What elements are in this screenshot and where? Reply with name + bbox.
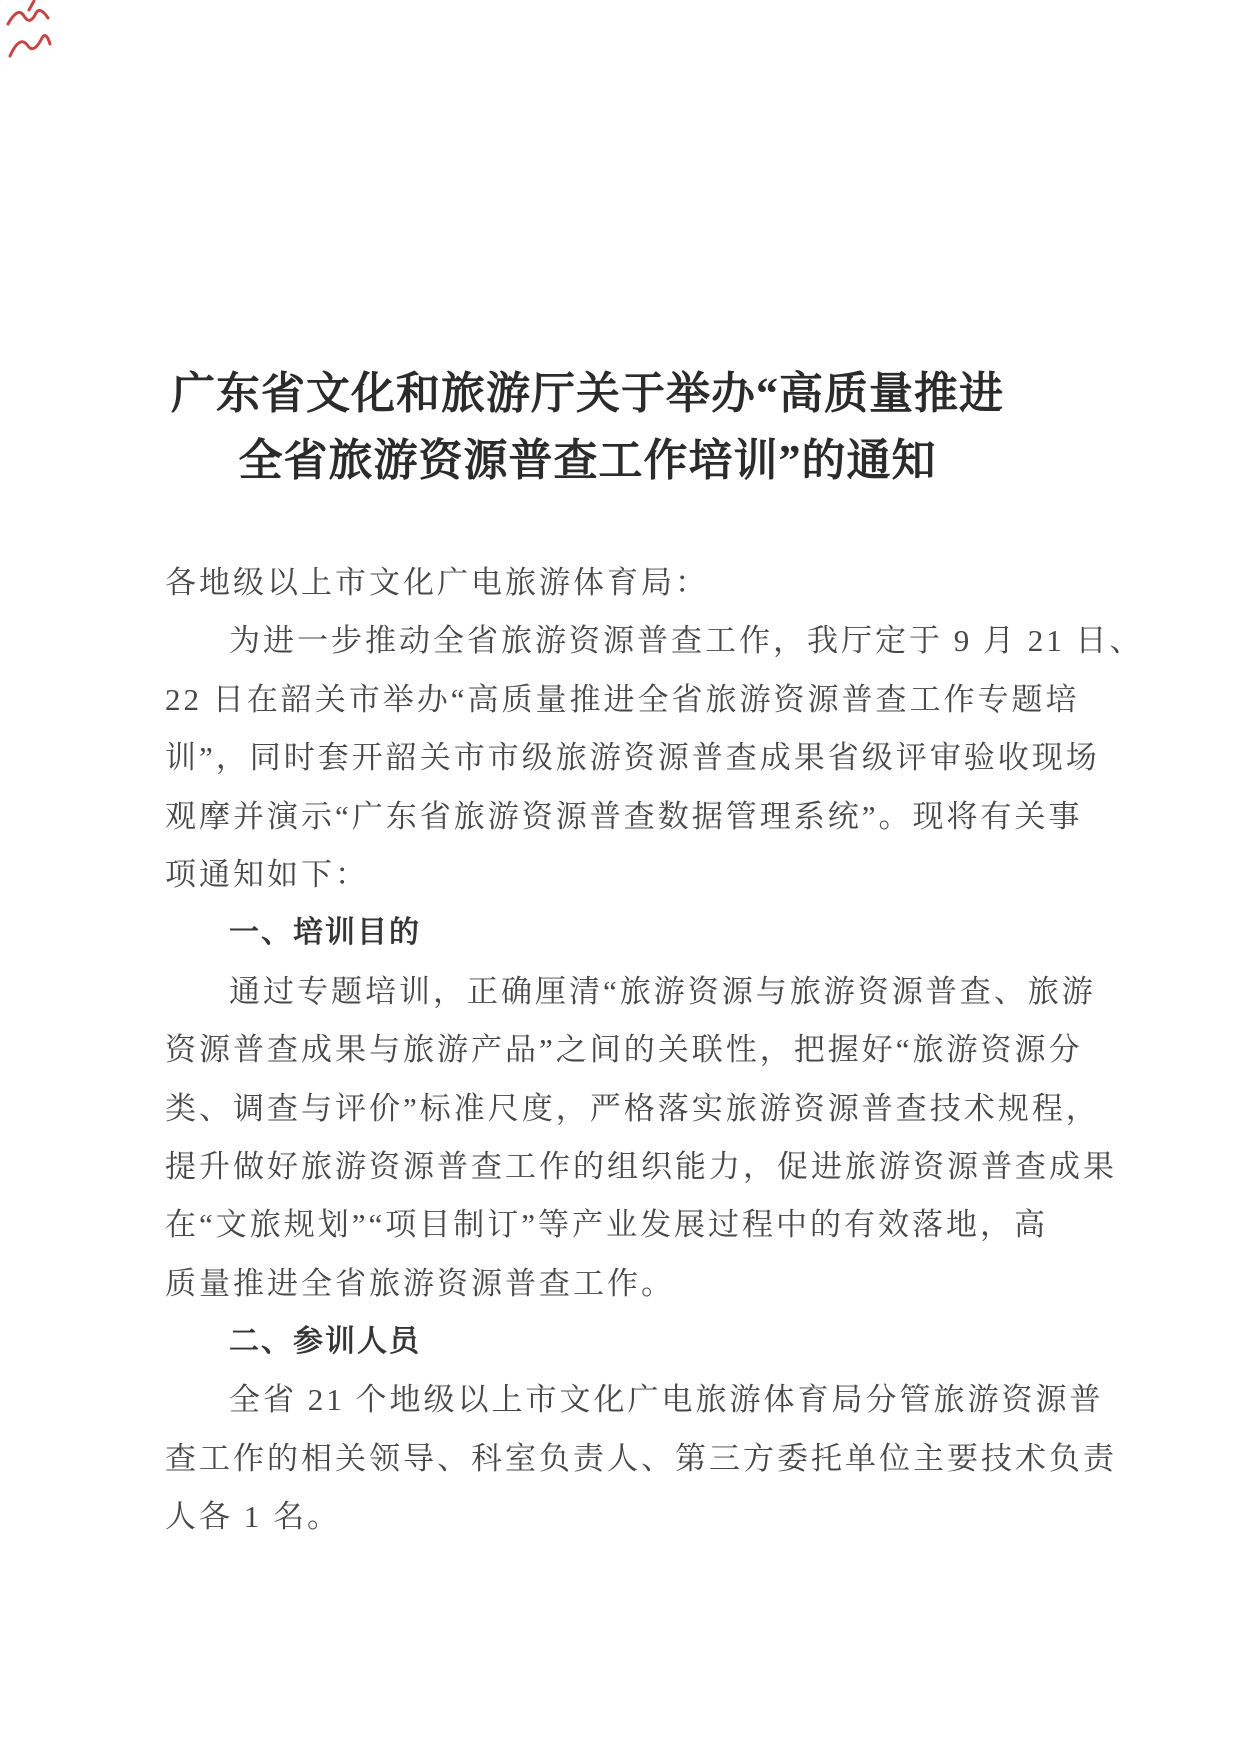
- body-line: 质量推进全省旅游资源普查工作。: [165, 1255, 1110, 1313]
- red-pen-mark: [4, 0, 56, 70]
- section1-heading: 一、培训目的: [165, 904, 1110, 962]
- body-line: 观摩并演示“广东省旅游资源普查数据管理系统”。现将有关事: [165, 788, 1110, 846]
- body-line: 提升做好旅游资源普查工作的组织能力，促进旅游资源普查成果: [165, 1138, 1110, 1196]
- document-page: 广东省文化和旅游厅关于举办“高质量推进 全省旅游资源普查工作培训”的通知 各地级…: [0, 0, 1241, 1755]
- document-title: 广东省文化和旅游厅关于举办“高质量推进 全省旅游资源普查工作培训”的通知: [165, 360, 1010, 494]
- body-line: 在“文旅规划”“项目制订”等产业发展过程中的有效落地，高: [165, 1196, 1110, 1254]
- document-title-line2: 全省旅游资源普查工作培训”的通知: [165, 427, 1010, 494]
- body-line: 资源普查成果与旅游产品”之间的关联性，把握好“旅游资源分: [165, 1021, 1110, 1079]
- body-line: 全省 21 个地级以上市文化广电旅游体育局分管旅游资源普: [165, 1371, 1110, 1429]
- body-line: 通过专题培训，正确厘清“旅游资源与旅游资源普查、旅游: [165, 963, 1110, 1021]
- salutation: 各地级以上市文化广电旅游体育局：: [165, 554, 1110, 612]
- body-line: 为进一步推动全省旅游资源普查工作，我厅定于 9 月 21 日、: [165, 612, 1110, 670]
- body-line: 类、调查与评价”标准尺度，严格落实旅游资源普查技术规程，: [165, 1080, 1110, 1138]
- section2-heading: 二、参训人员: [165, 1313, 1110, 1371]
- body-line: 训”，同时套开韶关市市级旅游资源普查成果省级评审验收现场: [165, 729, 1110, 787]
- document-body: 各地级以上市文化广电旅游体育局： 为进一步推动全省旅游资源普查工作，我厅定于 9…: [165, 554, 1110, 1547]
- body-line: 项通知如下：: [165, 846, 1110, 904]
- body-line: 人各 1 名。: [165, 1488, 1110, 1546]
- body-line: 22 日在韶关市举办“高质量推进全省旅游资源普查工作专题培: [165, 671, 1110, 729]
- body-line: 查工作的相关领导、科室负责人、第三方委托单位主要技术负责: [165, 1430, 1110, 1488]
- document-title-line1: 广东省文化和旅游厅关于举办“高质量推进: [165, 360, 1010, 427]
